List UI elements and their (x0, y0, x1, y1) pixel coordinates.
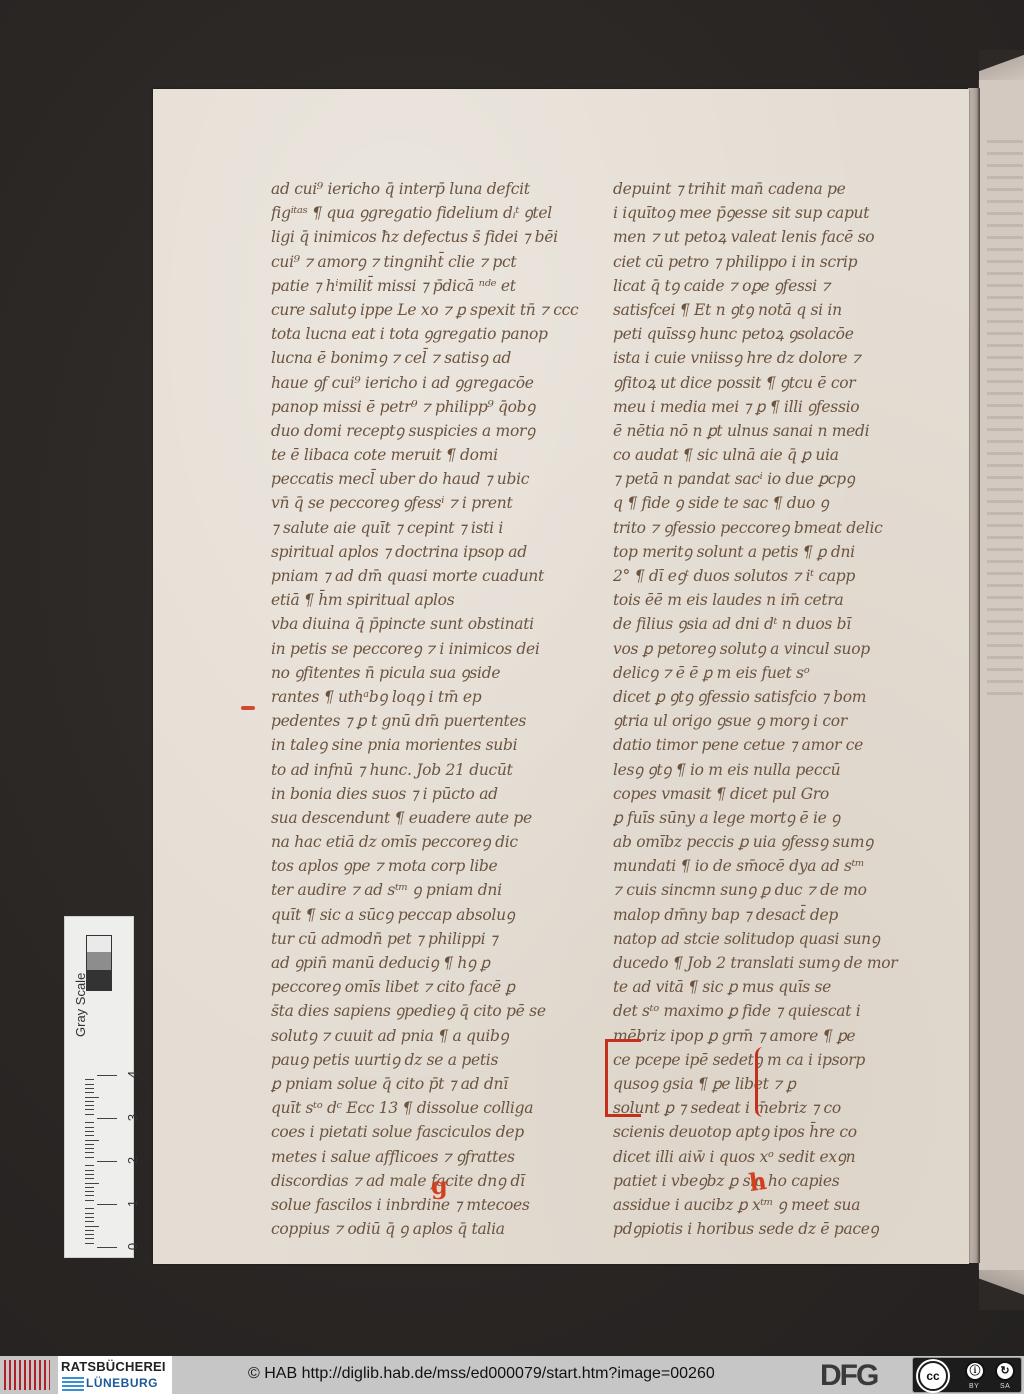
ruler-tick (85, 1183, 99, 1184)
library-city: LÜNEBURG (86, 1376, 158, 1390)
ruler-tick (85, 1217, 94, 1218)
manuscript-line: tos aplos ꝯpe ⁊ mota corp libe (271, 854, 591, 878)
manuscript-line: dicet ꝑ ꝯtꝯ ꝯfessio satisfcio ⁊ bom (613, 685, 938, 709)
ruler-tick (97, 1075, 117, 1076)
scan-background: ad cui⁹ iericho q̄ interp̄ luna defcitfi… (0, 0, 1024, 1356)
ruler-tick (85, 1088, 94, 1089)
facing-page-edge (978, 80, 1024, 1270)
manuscript-line: assidue i aucibz ꝑ xᵗᵐ ꝯ meet sua (613, 1193, 938, 1217)
manuscript-line: ce pcepe ipē sedetꝯ m ca i ipsorp (613, 1048, 938, 1072)
ruler-tick (85, 1191, 94, 1192)
footer-bar: RATSBÜCHEREI LÜNEBURG © HAB http://digli… (0, 1356, 1024, 1394)
ruler-tick (97, 1247, 117, 1248)
manuscript-line: pedentes ⁊ ꝑ t gnū dm̄ puertentes (271, 709, 591, 733)
ruler-tick (85, 1230, 94, 1231)
manuscript-line: panop missi ē petr⁹ ⁊ philipp⁹ q̄obꝯ (271, 395, 591, 419)
manuscript-line: ciet cū petro ⁊ philippo i in scrip (613, 250, 938, 274)
manuscript-line: cure salutꝯ ippe Le xo ⁊ ꝑ spexit tn̄ ⁊ … (271, 298, 591, 322)
manuscript-line: s̄ta dies sapiens ꝯpedieꝯ q̄ cito pē se (271, 999, 591, 1023)
manuscript-line: trito ⁊ ꝯfessio peccoreꝯ bmeat delic (613, 516, 938, 540)
manuscript-line: pauꝯ petis uurtiꝯ dz se a petis (271, 1048, 591, 1072)
library-logo[interactable]: RATSBÜCHEREI LÜNEBURG (58, 1356, 172, 1394)
ruler-tick (85, 1208, 94, 1209)
manuscript-line: cui⁹ ⁊ amorꝯ ⁊ tingniht̄ clie ⁊ pct (271, 250, 591, 274)
ruler-tick (85, 1157, 94, 1158)
manuscript-line: in bonia dies suos ⁊ i pūcto ad (271, 782, 591, 806)
manuscript-line: te ē libaca cote meruit ¶ domi (271, 443, 591, 467)
ruler-tick (85, 1084, 94, 1085)
ruler-tick (85, 1127, 94, 1128)
manuscript-line: peccatis mecl̄ uber do haud ⁊ ubic (271, 467, 591, 491)
manuscript-line: coppius ⁊ odiū q̄ ꝯ aplos q̄ talia (271, 1217, 591, 1241)
gray-patch-mid (87, 952, 111, 970)
manuscript-line: qusoꝯ gsia ¶ ꝑe libet ⁊ ꝑ (613, 1072, 938, 1096)
ruler-tick (85, 1213, 94, 1214)
ruler-ticks: 01234 (85, 1071, 105, 1247)
ruler-tick (85, 1105, 94, 1106)
ruler-tick (85, 1131, 94, 1132)
manuscript-line: natop ad stcie solitudop quasi sunꝯ (613, 927, 938, 951)
manuscript-line: rantes ¶ uthᵃbꝯ loqꝯ i tm̄ ep (271, 685, 591, 709)
manuscript-line: in petis se peccoreꝯ ⁊ i inimicos dei (271, 637, 591, 661)
manuscript-line: figⁱᵗᵃˢ ¶ qua ꝯgregatio fidelium dᵢᵗ ꝯte… (271, 201, 591, 225)
dfg-logo[interactable]: DFG (820, 1361, 877, 1391)
ruler-tick (85, 1226, 99, 1227)
manuscript-line: malop dm̄ny bap ⁊ desact̄ dep (613, 903, 938, 927)
ruler-tick (85, 1092, 94, 1093)
manuscript-line: ꝑ fuīs sūny a lege mortꝯ ē ie ꝯ (613, 806, 938, 830)
ruler-tick (97, 1161, 117, 1162)
ruler-tick (85, 1165, 94, 1166)
gray-scale-label: Gray Scale (73, 973, 88, 1037)
manuscript-line: ꝯfitoꝝ ut dice possit ¶ ꝯtcu ē cor (613, 371, 938, 395)
ruler-tick (85, 1140, 99, 1141)
ruler-tick (85, 1178, 94, 1179)
manuscript-line: solunt ꝑ ⁊ sedeat i m̄ebriz ⁊ co (613, 1096, 938, 1120)
manuscript-line: top meritꝯ solunt a petis ¶ ꝑ dni (613, 540, 938, 564)
manuscript-line: no ꝯfitentes n̄ picula sua ꝯside (271, 661, 591, 685)
ruler-tick (85, 1234, 94, 1235)
manuscript-line: na hac etiā dz omīs peccoreꝯ dic (271, 830, 591, 854)
manuscript-line: spiritual aplos ⁊ doctrina ipsop ad (271, 540, 591, 564)
page-gutter-shadow (968, 88, 980, 1263)
manuscript-line: solutꝯ ⁊ cuuit ad pnia ¶ a quibꝯ (271, 1024, 591, 1048)
ruler-tick (85, 1238, 94, 1239)
ruler-tick (85, 1079, 94, 1080)
ruler-tick (85, 1148, 94, 1149)
manuscript-line: pdꝯpiotis i horibus sede dz ē paceꝯ (613, 1217, 938, 1241)
manuscript-line: dicet illi aiw̄ i quos xᵒ sedit exꝯn (613, 1145, 938, 1169)
library-emblem-icon (4, 1360, 50, 1390)
margin-rubric-mark (241, 706, 255, 710)
manuscript-line: mēbriz ipop ꝑ grm̄ ⁊ amore ¶ ꝑe (613, 1024, 938, 1048)
color-target-ruler: Gray Scale 01234 (64, 916, 134, 1258)
ruler-tick (85, 1101, 94, 1102)
book-icon (62, 1377, 84, 1391)
manuscript-line: vos ꝑ petoreꝯ solutꝯ a vincul suop (613, 637, 938, 661)
ruler-number: 4 (125, 1071, 140, 1078)
text-column-right: depuint ⁊ trihit man̄ cadena pei iquītoꝯ… (613, 177, 938, 1241)
manuscript-line: meu i media mei ⁊ ꝑ ¶ illi ꝯfessio (613, 395, 938, 419)
manuscript-line: patie ⁊ hⁱmilit̄ missi ⁊ p̄dicā ⁿᵈᵉ et (271, 274, 591, 298)
manuscript-line: ligi q̄ inimicos ħz defectus s̄ fidei ⁊ … (271, 225, 591, 249)
manuscript-line: te ad vitā ¶ sic ꝑ mus quīs se (613, 975, 938, 999)
text-column-left: ad cui⁹ iericho q̄ interp̄ luna defcitfi… (271, 177, 591, 1241)
ruler-tick (85, 1152, 94, 1153)
manuscript-line: ꝑ pniam solue q̄ cito p̄t ⁊ ad dnī (271, 1072, 591, 1096)
copyright-url[interactable]: © HAB http://diglib.hab.de/mss/ed000079/… (248, 1365, 715, 1383)
gray-scale-patches (86, 935, 112, 991)
manuscript-line: ⁊ cuis sincmn sunꝯ ꝑ duc ⁊ de mo (613, 878, 938, 902)
manuscript-line: haue ꝯf cui⁹ iericho i ad ꝯgregacōe (271, 371, 591, 395)
library-name: RATSBÜCHEREI (61, 1359, 166, 1374)
manuscript-line: lucna ē bonimꝯ ⁊ cel̄ ⁊ satisꝯ ad (271, 346, 591, 370)
manuscript-line: coes i pietati solue fasciculos dep (271, 1120, 591, 1144)
gray-patch-dark (87, 970, 111, 990)
manuscript-line: lesꝯ ꝯtꝯ ¶ io m eis nulla peccū (613, 758, 938, 782)
manuscript-line: ab omībz peccis ꝑ uia ꝯfessꝯ sumꝯ (613, 830, 938, 854)
cc-icon: cc (918, 1361, 948, 1391)
manuscript-line: delicꝯ ⁊ ē ē ꝑ m eis fuet sᵒ (613, 661, 938, 685)
ruler-tick (85, 1170, 94, 1171)
manuscript-line: det sᵗᵒ maximo ꝑ fide ⁊ quiescat i (613, 999, 938, 1023)
manuscript-line: de filius ꝯsia ad dni dᵗ n duos bī (613, 612, 938, 636)
gray-patch-light (87, 936, 111, 952)
rubricated-initial (605, 1039, 641, 1117)
manuscript-line: metes i salue afflicoes ⁊ ꝯfrattes (271, 1145, 591, 1169)
ruler-tick (85, 1144, 94, 1145)
manuscript-line: men ⁊ ut petoꝝ valeat lenis facē so (613, 225, 938, 249)
manuscript-line: ista i cuie vniissꝯ hre dz dolore ⁊ (613, 346, 938, 370)
ruler-tick (85, 1114, 94, 1115)
manuscript-line: ꝯtria ul origo ꝯsue ꝯ morꝯ i cor (613, 709, 938, 733)
manuscript-line: to ad infnū ⁊ hunc. Job 21 ducūt (271, 758, 591, 782)
ruler-tick (85, 1221, 94, 1222)
manuscript-line: quīt ¶ sic a sūcꝯ peccap absoluꝯ (271, 903, 591, 927)
ruler-tick (85, 1187, 94, 1188)
manuscript-line: ad cui⁹ iericho q̄ interp̄ luna defcit (271, 177, 591, 201)
share-alike-icon: ↻ (995, 1361, 1015, 1381)
manuscript-line: vn̄ q̄ se peccoreꝯ ꝯfessⁱ ⁊ i prent (271, 491, 591, 515)
ruler-tick (85, 1243, 94, 1244)
manuscript-line: ⁊ salute aie quīt ⁊ cepint ⁊ isti i (271, 516, 591, 540)
ruler-tick (85, 1122, 94, 1123)
manuscript-line: copes vmasit ¶ dicet pul Gro (613, 782, 938, 806)
by-label: BY (969, 1383, 979, 1390)
manuscript-line: ad ꝯpin̄ manū deduciꝯ ¶ hꝯ ꝑ (271, 951, 591, 975)
manuscript-line: quīt sᵗᵒ dᶜ Ecc 13 ¶ dissolue colliga (271, 1096, 591, 1120)
manuscript-line: q ¶ fide ꝯ side te sac ¶ duo ꝯ (613, 491, 938, 515)
manuscript-leaf: ad cui⁹ iericho q̄ interp̄ luna defcitfi… (153, 89, 969, 1264)
rubric-bracket (755, 1047, 765, 1117)
facing-page-text (987, 140, 1023, 700)
manuscript-line: peccoreꝯ omīs libet ⁊ cito facē ꝑ (271, 975, 591, 999)
manuscript-line: ⁊ petā n pandat sacⁱ io due ꝑcpꝯ (613, 467, 938, 491)
manuscript-line: licat q̄ tꝯ caide ⁊ oꝑe ꝯfessi ⁊ (613, 274, 938, 298)
manuscript-line: depuint ⁊ trihit man̄ cadena pe (613, 177, 938, 201)
manuscript-line: i iquītoꝯ mee p̄ꝯesse sit sup caput (613, 201, 938, 225)
attribution-icon: ⓘ (965, 1361, 985, 1381)
ruler-tick (85, 1109, 94, 1110)
manuscript-line: datio timor pene cetue ⁊ amor ce (613, 733, 938, 757)
manuscript-line: 2° ¶ dī eꝯᵗ duos solutos ⁊ iᵗ capp (613, 564, 938, 588)
ruler-tick (97, 1118, 117, 1119)
manuscript-line: ducedo ¶ Job 2 translati sumꝯ de mor (613, 951, 938, 975)
ruler-tick (97, 1204, 117, 1205)
manuscript-line: tur cū admodn̄ pet ⁊ philippi ⁊ (271, 927, 591, 951)
ruler-number: 3 (125, 1114, 140, 1121)
ruler-tick (85, 1195, 94, 1196)
cc-license-badge[interactable]: cc ⓘ ↻ BY SA (912, 1357, 1022, 1393)
manuscript-line: etiā ¶ h̄m spiritual aplos (271, 588, 591, 612)
manuscript-line: ē nētia nō n ꝑt ulnus sanai n medi (613, 419, 938, 443)
ruler-number: 0 (125, 1243, 140, 1250)
ruler-number: 1 (125, 1200, 140, 1207)
manuscript-line: ter audire ⁊ ad sᵗᵐ ꝯ pniam dni (271, 878, 591, 902)
manuscript-line: patiet i vbeꝯbz ꝑ sic ho capies (613, 1169, 938, 1193)
manuscript-line: in taleꝯ sine pnia morientes subi (271, 733, 591, 757)
manuscript-line: co audat ¶ sic ulnā aie q̄ ꝑ uia (613, 443, 938, 467)
manuscript-line: sua descendunt ¶ euadere aute pe (271, 806, 591, 830)
ruler-tick (85, 1200, 94, 1201)
manuscript-line: satisfcei ¶ Et n ꝯtꝯ notā q si in (613, 298, 938, 322)
manuscript-line: mundati ¶ io de sm̄ocē dya ad sᵗᵐ (613, 854, 938, 878)
ruler-tick (85, 1097, 99, 1098)
manuscript-line: vba diuina q̄ p̄pincte sunt obstinati (271, 612, 591, 636)
quire-signature-left: g (431, 1171, 448, 1200)
manuscript-line: duo domi receptꝯ suspicies a morꝯ (271, 419, 591, 443)
manuscript-line: tois ēē m eis laudes n im̄ cetra (613, 588, 938, 612)
ruler-tick (85, 1135, 94, 1136)
manuscript-line: scienis deuotop aptꝯ ipos h̄re co (613, 1120, 938, 1144)
manuscript-line: tota lucna eat i tota ꝯgregatio panop (271, 322, 591, 346)
ruler-number: 2 (125, 1157, 140, 1164)
ruler-tick (85, 1174, 94, 1175)
manuscript-line: pniam ⁊ ad dm̄ quasi morte cuadunt (271, 564, 591, 588)
sa-label: SA (1000, 1383, 1010, 1390)
manuscript-line: peti quīssꝯ hunc petoꝝ ꝯsolacōe (613, 322, 938, 346)
